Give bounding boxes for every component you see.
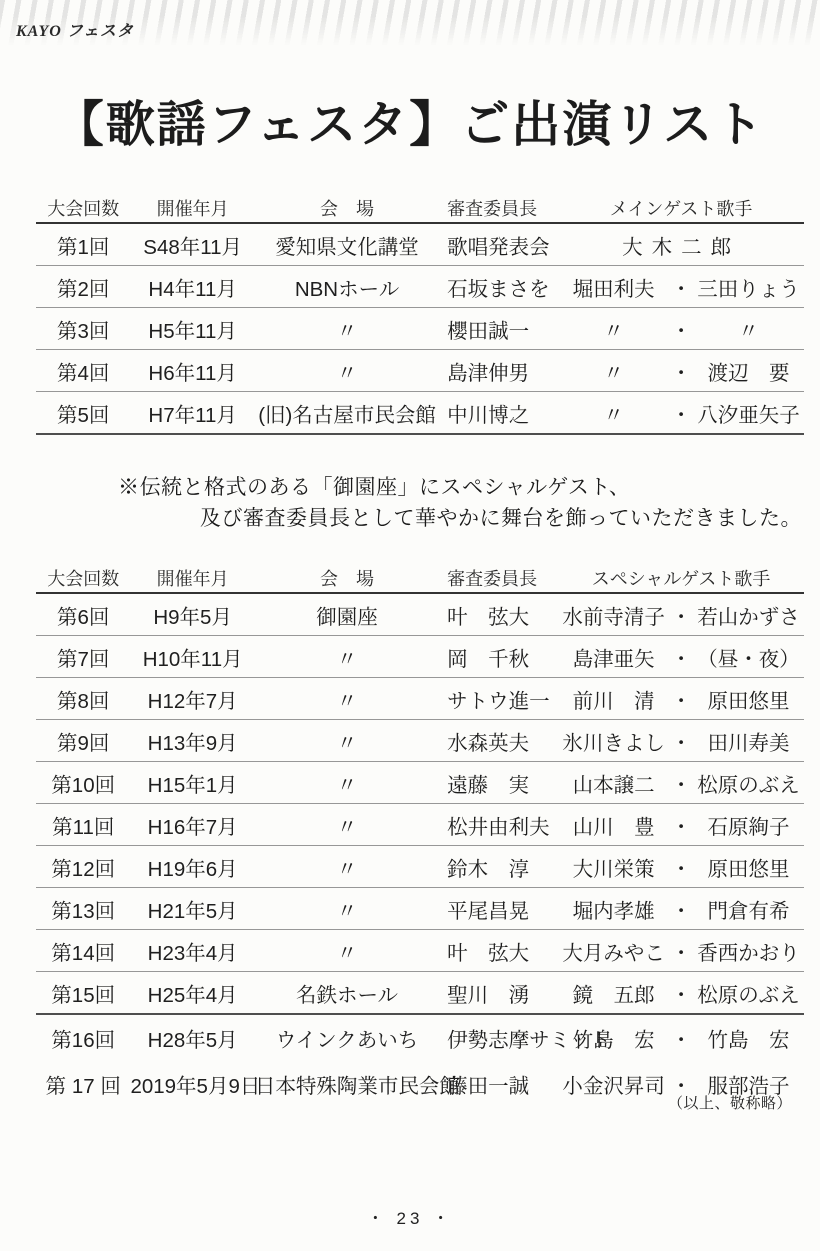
judge-cell: 叶 弦大 — [439, 600, 558, 630]
guest-separator-dot: ・ — [669, 642, 693, 672]
guest-name-right: 若山かずさ — [693, 600, 804, 630]
date-cell: H9年5月 — [130, 600, 254, 630]
guest-name-left: 鏡 五郎 — [558, 978, 669, 1008]
judge-cell: 水森英夫 — [439, 726, 558, 756]
guest-name-left: 水前寺清子 — [558, 600, 669, 630]
guest-name-left: 堀田利夫 — [558, 272, 669, 302]
date-cell: H5年11月 — [130, 314, 254, 344]
guest-separator-dot: ・ — [669, 768, 693, 798]
table-row: 第11回H16年7月〃松井由利夫山川 豊・石原絢子 — [36, 804, 804, 846]
judge-cell: 鈴木 淳 — [439, 852, 558, 882]
round-cell: 第15回 — [36, 978, 130, 1008]
guest-name-right: 三田りょう — [693, 272, 804, 302]
judge-cell: 松井由利夫 — [439, 810, 558, 840]
date-cell: H4年11月 — [130, 272, 254, 302]
table-row: 第12回H19年6月〃鈴木 淳大川栄策・原田悠里 — [36, 846, 804, 888]
venue-cell: 〃 — [255, 684, 439, 714]
column-header: スペシャルゲスト歌手 — [558, 565, 804, 591]
date-cell: H21年5月 — [130, 894, 254, 924]
round-cell: 第2回 — [36, 272, 130, 302]
guest-name-right: 松原のぶえ — [693, 768, 804, 798]
venue-cell: 〃 — [255, 642, 439, 672]
round-cell: 第7回 — [36, 642, 130, 672]
table-body: 第1回S48年11月愛知県文化講堂歌唱発表会大木二郎第2回H4年11月NBNホー… — [36, 224, 804, 435]
table-row: 第8回H12年7月〃サトウ進一前川 清・原田悠里 — [36, 678, 804, 720]
guest-name-right: （昼・夜） — [693, 642, 804, 672]
judge-cell: サトウ進一 — [439, 684, 558, 714]
column-header: 大会回数 — [36, 195, 130, 221]
column-header: メインゲスト歌手 — [558, 195, 804, 221]
guest-name-left: 竹島 宏 — [558, 1023, 669, 1053]
guest-cell: 堀田利夫・三田りょう — [558, 272, 804, 302]
guest-cell: 山川 豊・石原絢子 — [558, 810, 804, 840]
guest-name-right: 八汐亜矢子 — [693, 398, 804, 428]
column-header: 会 場 — [255, 195, 439, 221]
guest-name-left: 山川 豊 — [558, 810, 669, 840]
page-number: ・ 23 ・ — [0, 1204, 820, 1229]
guest-name-left: 島津亜矢 — [558, 642, 669, 672]
guest-name-right: 門倉有希 — [693, 894, 804, 924]
venue-cell: 御園座 — [255, 600, 439, 630]
main-guest-table: 大会回数開催年月会 場審査委員長メインゲスト歌手 第1回S48年11月愛知県文化… — [36, 193, 804, 435]
column-header: 開催年月 — [130, 565, 254, 591]
guest-name-right: 石原絢子 — [693, 810, 804, 840]
guest-cell: 水前寺清子・若山かずさ — [558, 600, 804, 630]
column-header: 審査委員長 — [439, 565, 558, 591]
date-cell: H28年5月 — [130, 1023, 254, 1053]
round-cell: 第11回 — [36, 810, 130, 840]
venue-cell: 〃 — [255, 314, 439, 344]
judge-cell: 伊勢志摩サミット — [439, 1023, 558, 1053]
date-cell: 2019年5月9日 — [130, 1069, 254, 1099]
venue-cell: 〃 — [255, 810, 439, 840]
column-header: 審査委員長 — [439, 195, 558, 221]
table-row: 第7回H10年11月〃岡 千秋島津亜矢・（昼・夜） — [36, 636, 804, 678]
table-row: 第6回H9年5月御園座叶 弦大水前寺清子・若山かずさ — [36, 594, 804, 636]
column-header: 大会回数 — [36, 565, 130, 591]
round-cell: 第8回 — [36, 684, 130, 714]
venue-cell: ウインクあいち — [255, 1023, 439, 1053]
guest-name-right: 松原のぶえ — [693, 978, 804, 1008]
guest-name-right: 香西かおり — [693, 936, 804, 966]
guest-separator-dot: ・ — [669, 398, 693, 428]
venue-cell: 〃 — [255, 356, 439, 386]
date-cell: H16年7月 — [130, 810, 254, 840]
footnote: ※伝統と格式のある「御園座」にスペシャルゲスト、 及び審査委員長として華やかに舞… — [118, 472, 802, 534]
guest-name-left: 〃 — [558, 398, 669, 428]
guest-cell: 大月みやこ・香西かおり — [558, 936, 804, 966]
honorifics-omitted-note: （以上、敬称略） — [668, 1092, 792, 1113]
title-bracket-part: 【歌謡フェスタ】 — [55, 97, 461, 152]
round-cell: 第 17 回 — [36, 1069, 130, 1099]
guest-cell: 鏡 五郎・松原のぶえ — [558, 978, 804, 1008]
guest-name-left: 小金沢昇司 — [558, 1069, 669, 1099]
table-body: 第6回H9年5月御園座叶 弦大水前寺清子・若山かずさ第7回H10年11月〃岡 千… — [36, 594, 804, 1107]
date-cell: H10年11月 — [130, 642, 254, 672]
judge-cell: 岡 千秋 — [439, 642, 558, 672]
table-row: 第10回H15年1月〃遠藤 実山本譲二・松原のぶえ — [36, 762, 804, 804]
guest-name-right: 渡辺 要 — [693, 356, 804, 386]
round-cell: 第6回 — [36, 600, 130, 630]
guest-name-left: 〃 — [558, 314, 669, 344]
round-cell: 第14回 — [36, 936, 130, 966]
guest-cell: 氷川きよし・田川寿美 — [558, 726, 804, 756]
guest-separator-dot: ・ — [669, 1023, 693, 1053]
date-cell: S48年11月 — [130, 230, 254, 260]
guest-cell: 島津亜矢・（昼・夜） — [558, 642, 804, 672]
date-cell: H12年7月 — [130, 684, 254, 714]
guest-name-left: 山本譲二 — [558, 768, 669, 798]
date-cell: H13年9月 — [130, 726, 254, 756]
date-cell: H19年6月 — [130, 852, 254, 882]
venue-cell: 〃 — [255, 936, 439, 966]
page-title: 【歌謡フェスタ】ご出演リスト — [0, 86, 820, 156]
round-cell: 第1回 — [36, 230, 130, 260]
judge-cell: 叶 弦大 — [439, 936, 558, 966]
table-row: 第5回H7年11月(旧)名古屋市民会館中川博之〃・八汐亜矢子 — [36, 392, 804, 435]
guest-separator-dot: ・ — [669, 726, 693, 756]
table-row: 第2回H4年11月NBNホール石坂まさを堀田利夫・三田りょう — [36, 266, 804, 308]
date-cell: H23年4月 — [130, 936, 254, 966]
footnote-line-1: ※伝統と格式のある「御園座」にスペシャルゲスト、 — [118, 472, 802, 503]
guest-name-right: 〃 — [693, 314, 804, 344]
round-cell: 第10回 — [36, 768, 130, 798]
judge-cell: 島津伸男 — [439, 356, 558, 386]
venue-cell: 〃 — [255, 768, 439, 798]
venue-cell: NBNホール — [255, 272, 439, 302]
guest-name-right: 原田悠里 — [693, 684, 804, 714]
guest-separator-dot: ・ — [669, 600, 693, 630]
guest-separator-dot: ・ — [669, 314, 693, 344]
title-rest-part: ご出演リスト — [460, 98, 765, 152]
guest-separator-dot: ・ — [669, 810, 693, 840]
judge-cell: 石坂まさを — [439, 272, 558, 302]
venue-cell: 〃 — [255, 852, 439, 882]
guest-cell: 大川栄策・原田悠里 — [558, 852, 804, 882]
venue-cell: 愛知県文化講堂 — [255, 230, 439, 260]
table-header-row: 大会回数開催年月会 場審査委員長スペシャルゲスト歌手 — [36, 563, 804, 594]
running-header: KAYO フェスタ — [16, 18, 134, 41]
date-cell: H6年11月 — [130, 356, 254, 386]
guest-cell: 竹島 宏・竹島 宏 — [558, 1023, 804, 1053]
table-row: 第3回H5年11月〃櫻田誠一〃・〃 — [36, 308, 804, 350]
guest-name-left: 大月みやこ — [558, 936, 669, 966]
guest-separator-dot: ・ — [669, 356, 693, 386]
guest-cell: 〃・八汐亜矢子 — [558, 398, 804, 428]
date-cell: H7年11月 — [130, 398, 254, 428]
guest-name-left: 〃 — [558, 356, 669, 386]
guest-cell: 〃・渡辺 要 — [558, 356, 804, 386]
guest-name-left: 前川 清 — [558, 684, 669, 714]
judge-cell: 櫻田誠一 — [439, 314, 558, 344]
guest-separator-dot: ・ — [669, 978, 693, 1008]
date-cell: H15年1月 — [130, 768, 254, 798]
round-cell: 第13回 — [36, 894, 130, 924]
judge-cell: 平尾昌晃 — [439, 894, 558, 924]
table-row: 第4回H6年11月〃島津伸男〃・渡辺 要 — [36, 350, 804, 392]
table-row: 第15回H25年4月名鉄ホール聖川 湧鏡 五郎・松原のぶえ — [36, 972, 804, 1015]
judge-cell: 遠藤 実 — [439, 768, 558, 798]
guest-name-right: 原田悠里 — [693, 852, 804, 882]
venue-cell: 日本特殊陶業市民会館 — [255, 1069, 439, 1099]
judge-cell: 藤田一誠 — [439, 1069, 558, 1099]
table-row: 第16回H28年5月ウインクあいち伊勢志摩サミット竹島 宏・竹島 宏 — [36, 1015, 804, 1061]
round-cell: 第9回 — [36, 726, 130, 756]
guest-name: 大木二郎 — [622, 236, 740, 259]
column-header: 開催年月 — [130, 195, 254, 221]
guest-separator-dot: ・ — [669, 894, 693, 924]
guest-separator-dot: ・ — [669, 272, 693, 302]
venue-cell: 〃 — [255, 894, 439, 924]
scanned-document-page: KAYO フェスタ 【歌謡フェスタ】ご出演リスト 大会回数開催年月会 場審査委員… — [0, 0, 820, 1251]
special-guest-table: 大会回数開催年月会 場審査委員長スペシャルゲスト歌手 第6回H9年5月御園座叶 … — [36, 563, 804, 1107]
guest-name-left: 大川栄策 — [558, 852, 669, 882]
venue-cell: 〃 — [255, 726, 439, 756]
round-cell: 第4回 — [36, 356, 130, 386]
guest-cell: 前川 清・原田悠里 — [558, 684, 804, 714]
guest-cell: 〃・〃 — [558, 314, 804, 344]
guest-name-left: 堀内孝雄 — [558, 894, 669, 924]
venue-cell: (旧)名古屋市民会館 — [255, 398, 439, 428]
guest-name-left: 氷川きよし — [558, 726, 669, 756]
round-cell: 第12回 — [36, 852, 130, 882]
guest-cell: 山本譲二・松原のぶえ — [558, 768, 804, 798]
date-cell: H25年4月 — [130, 978, 254, 1008]
column-header: 会 場 — [255, 565, 439, 591]
table-row: 第1回S48年11月愛知県文化講堂歌唱発表会大木二郎 — [36, 224, 804, 266]
guest-cell: 堀内孝雄・門倉有希 — [558, 894, 804, 924]
round-cell: 第16回 — [36, 1023, 130, 1053]
round-cell: 第5回 — [36, 398, 130, 428]
judge-cell: 聖川 湧 — [439, 978, 558, 1008]
table-row: 第13回H21年5月〃平尾昌晃堀内孝雄・門倉有希 — [36, 888, 804, 930]
judge-cell: 中川博之 — [439, 398, 558, 428]
guest-separator-dot: ・ — [669, 852, 693, 882]
guest-separator-dot: ・ — [669, 936, 693, 966]
guest-name-right: 竹島 宏 — [693, 1023, 804, 1053]
footnote-line-2: 及び審査委員長として華やかに舞台を飾っていただきました。 — [200, 503, 802, 534]
table-row: 第14回H23年4月〃叶 弦大大月みやこ・香西かおり — [36, 930, 804, 972]
guest-cell: 大木二郎 — [558, 230, 804, 260]
judge-cell: 歌唱発表会 — [439, 230, 558, 260]
guest-separator-dot: ・ — [669, 684, 693, 714]
table-header-row: 大会回数開催年月会 場審査委員長メインゲスト歌手 — [36, 193, 804, 224]
table-row: 第9回H13年9月〃水森英夫氷川きよし・田川寿美 — [36, 720, 804, 762]
venue-cell: 名鉄ホール — [255, 978, 439, 1008]
round-cell: 第3回 — [36, 314, 130, 344]
guest-name-right: 田川寿美 — [693, 726, 804, 756]
